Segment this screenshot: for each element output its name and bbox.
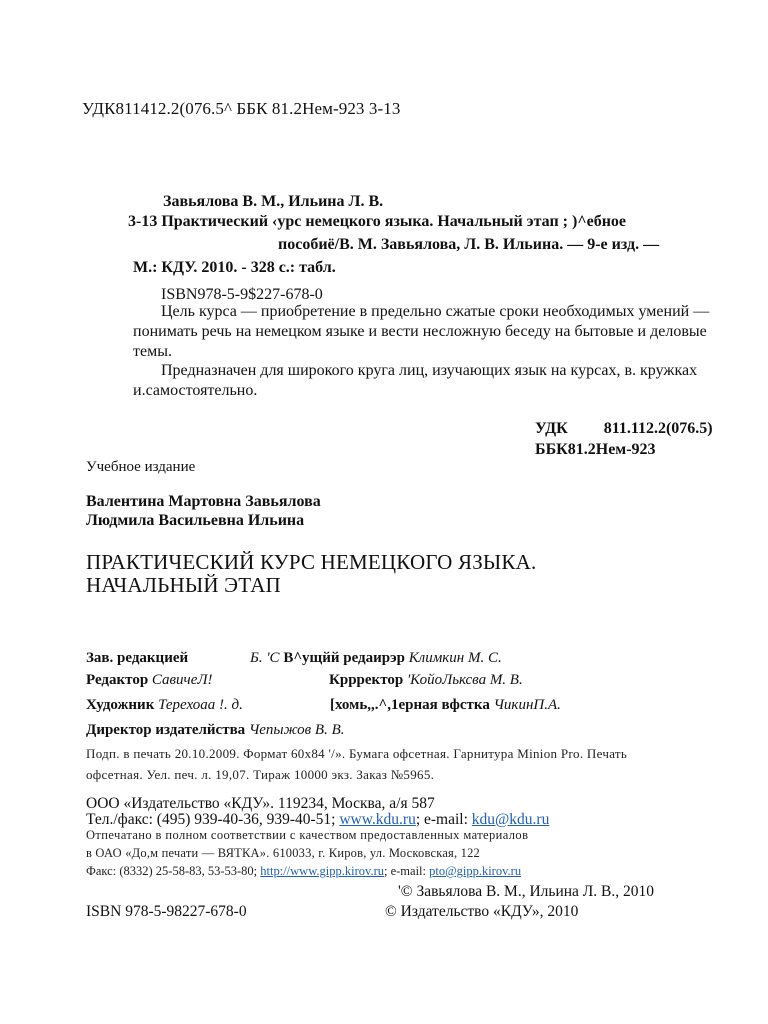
credit-name: 'КойоЛьксва М. В. bbox=[407, 672, 523, 688]
publisher-contacts: Тел./факс: (495) 939-40-36, 939-40-51; w… bbox=[86, 811, 549, 829]
author-full-name: Людмила Васильевна Ильина bbox=[86, 512, 304, 530]
printer-website-link[interactable]: http://www.gipp.kirov.ru bbox=[260, 864, 384, 878]
printer-contacts: Факс: (8332) 25-58-83, 53-53-80; http://… bbox=[86, 864, 521, 879]
bbk-classification: ББК81.2Нем-923 bbox=[535, 441, 656, 459]
catalog-entry-line-1: 3-13 Практический ‹урс немецкого языка. … bbox=[128, 213, 626, 231]
credit-name: Чепыжов В. В. bbox=[249, 722, 345, 738]
catalog-entry-line-2: пособиё/В. М. Завьялова, Л. В. Ильина. —… bbox=[278, 236, 659, 254]
credit-name: ЧикинП.А. bbox=[494, 697, 561, 713]
author-full-name: Валентина Мартовна Завьялова bbox=[86, 493, 321, 511]
credit-editor: Редактор СавичеЛ! bbox=[86, 672, 213, 689]
isbn: ISBN 978-5-98227-678-0 bbox=[86, 903, 247, 921]
book-title-line-1: ПРАКТИЧЕСКИЙ КУРС НЕМЕЦКОГО ЯЗЫКА. bbox=[86, 550, 536, 575]
publisher-email-link[interactable]: kdu@kdu.ru bbox=[472, 811, 550, 828]
credit-name: Терехоаа !. д. bbox=[158, 697, 243, 713]
print-info-line-1: Подп. в печать 20.10.2009. Формат 60x84 … bbox=[86, 746, 627, 762]
credit-director: Директор издателйства Чепыжов В. В. bbox=[86, 722, 345, 739]
credit-label: Директор издателйства bbox=[86, 722, 245, 738]
credit-lead-editor: Б. 'С В^ущйй редаирэр Климкин М. С. bbox=[250, 650, 502, 667]
catalog-authors: Завьялова В. М., Ильина Л. В. bbox=[163, 193, 383, 211]
copyright-authors: '© Завьялова В. М., Ильина Л. В., 2010 bbox=[398, 883, 654, 901]
abstract-paragraph-2: Предназначен для широкого круга лиц, изу… bbox=[133, 361, 743, 401]
credit-label: [хомь,,.^,1ерная вфстка bbox=[330, 697, 490, 713]
credit-corrector: Кррректор 'КойоЛьксва М. В. bbox=[329, 672, 523, 689]
copyright-publisher: © Издательство «КДУ», 2010 bbox=[385, 903, 578, 921]
credit-name: Климкин М. С. bbox=[409, 650, 502, 666]
udk-label: УДК bbox=[535, 420, 568, 437]
credit-layout: [хомь,,.^,1ерная вфстка ЧикинП.А. bbox=[330, 697, 561, 714]
credit-artist: Художник Терехоаа !. д. bbox=[86, 697, 243, 714]
email-label: ; e-mail: bbox=[416, 811, 472, 828]
credit-editorial-head: Зав. редакцией bbox=[86, 650, 188, 667]
edition-type: Учебное издание bbox=[86, 459, 195, 476]
udk-bbk-header: УДК811412.2(076.5^ ББК 81.2Нем-923 3-13 bbox=[82, 99, 400, 119]
fax-text: Факс: (8332) 25-58-83, 53-53-80; bbox=[86, 864, 260, 878]
credit-label: Зав. редакцией bbox=[86, 650, 188, 666]
publisher-website-link[interactable]: www.kdu.ru bbox=[339, 811, 416, 828]
catalog-entry-line-3: М.: КДУ. 2010. - 328 с.: табл. bbox=[133, 259, 336, 277]
phone-text: Тел./факс: (495) 939-40-36, 939-40-51; bbox=[86, 811, 339, 828]
abstract-paragraph-1: Цель курса — приобретение в предельно сж… bbox=[133, 302, 743, 362]
printer-note-line-1: Отпечатано в полном соответствии с качес… bbox=[86, 828, 528, 843]
credit-label: Редактор bbox=[86, 672, 148, 688]
email-label: ; e-mail: bbox=[384, 864, 429, 878]
credit-label: Художник bbox=[86, 697, 154, 713]
printer-note-line-2: в ОАО «До,м печати — ВЯТКА». 610033, г. … bbox=[86, 846, 480, 861]
print-info-line-2: офсетная. Уел. печ. л. 19,07. Тираж 1000… bbox=[86, 767, 434, 783]
printer-email-link[interactable]: pto@gipp.kirov.ru bbox=[429, 864, 521, 878]
credit-name: Б. 'С bbox=[250, 650, 280, 666]
udk-classification: УДК811.112.2(076.5) bbox=[535, 420, 713, 438]
credit-label: В^ущйй редаирэр bbox=[283, 650, 405, 666]
credit-name: СавичеЛ! bbox=[152, 672, 213, 688]
credit-label: Кррректор bbox=[329, 672, 403, 688]
book-title-line-2: НАЧАЛЬНЫЙ ЭТАП bbox=[86, 573, 281, 598]
udk-value: 811.112.2(076.5) bbox=[604, 420, 713, 437]
